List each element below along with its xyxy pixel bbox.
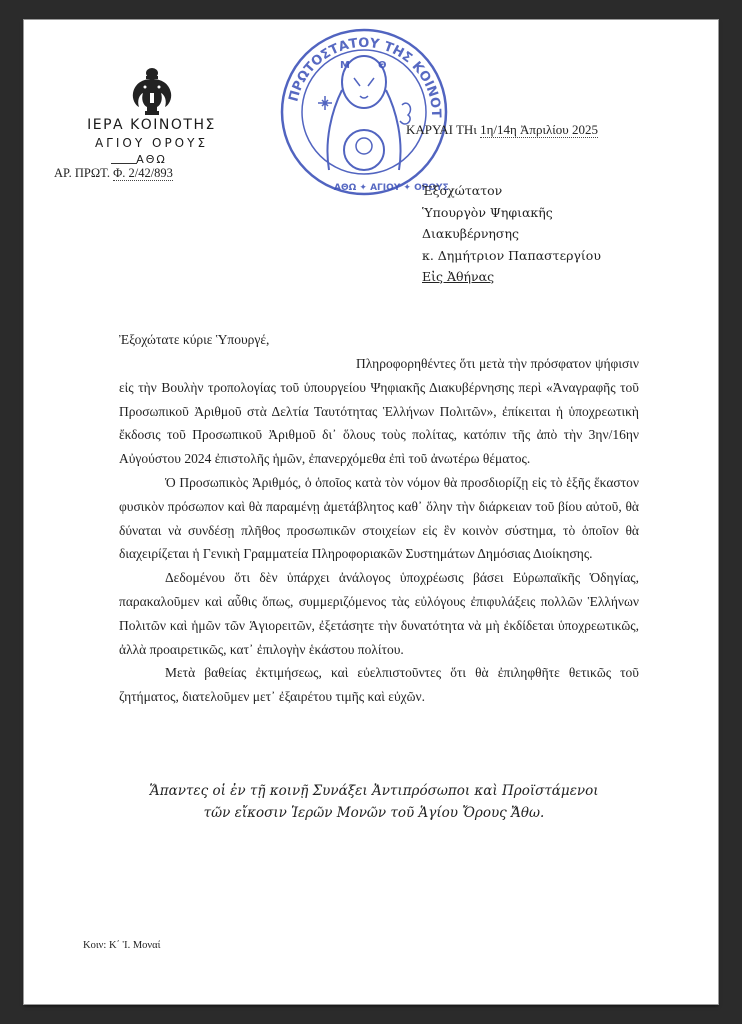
- copy-recipients: Κοιν: Κ΄ Ἱ. Μοναί: [83, 940, 161, 951]
- body-paragraph: Μετὰ βαθείας ἐκτιμήσεως, καὶ εὐελπιστοῦν…: [119, 661, 639, 709]
- svg-text:Μ: Μ: [340, 60, 350, 71]
- recipient-line: Διακυβέρνησης: [422, 223, 601, 245]
- letterhead-line-3: ΑΘΩ: [64, 153, 239, 166]
- body-paragraph: Ὁ Προσωπικὸς Ἀριθμός, ὁ ὁποῖος κατὰ τὸν …: [119, 471, 639, 566]
- svg-text:Θ: Θ: [378, 60, 387, 71]
- letter-body: Πληροφορηθέντες ὅτι μετὰ τὴν πρόσφατον ψ…: [119, 352, 639, 709]
- protocol-label: ΑΡ. ΠΡΩΤ.: [54, 166, 110, 180]
- date-value: 1η/14η Ἀπριλίου 2025: [480, 122, 598, 138]
- recipient-line: Ἐξοχώτατον: [422, 180, 601, 202]
- signature-line: Ἅπαντες οἱ ἐν τῇ κοινῇ Συνάξει Ἀντιπρόσω…: [84, 780, 664, 802]
- double-headed-eagle-icon: [129, 67, 175, 117]
- recipient-line: κ. Δημήτριον Παπαστεργίου: [422, 245, 601, 267]
- letter-page: ΙΕΡΑ ΚΟΙΝΟΤΗΣ ΑΓΙΟΥ ΟΡΟΥΣ ΑΘΩ ΑΡ. ΠΡΩΤ. …: [24, 20, 718, 1004]
- date-label: ΚΑΡΥΑΙ ΤΗι: [406, 122, 477, 137]
- body-paragraph: Πληροφορηθέντες ὅτι μετὰ τὴν πρόσφατον ψ…: [119, 352, 639, 471]
- letterhead-line-2: ΑΓΙΟΥ ΟΡΟΥΣ: [64, 136, 239, 150]
- protocol-value: Φ. 2/42/893: [113, 166, 173, 181]
- protocol-number: ΑΡ. ΠΡΩΤ. Φ. 2/42/893: [54, 166, 173, 181]
- svg-text:ΠΡΩΤΟΣΤΑΤΟΥ ΤΗΣ ΚΟΙΝΟΤΗΤΟΣ ΤΟΥ: ΠΡΩΤΟΣΤΑΤΟΥ ΤΗΣ ΚΟΙΝΟΤΗΤΟΣ ΤΟΥ ΑΓ: [274, 20, 443, 118]
- recipient-block: Ἐξοχώτατον Ὑπουργὸν Ψηφιακῆς Διακυβέρνησ…: [422, 180, 601, 288]
- letterhead-line-1: ΙΕΡΑ ΚΟΙΝΟΤΗΣ: [64, 117, 239, 133]
- signature-line: τῶν εἴκοσιν Ἱερῶν Μονῶν τοῦ Ἁγίου Ὄρους …: [84, 802, 664, 824]
- virgin-mary-seal-icon: ΠΡΩΤΟΣΤΑΤΟΥ ΤΗΣ ΚΟΙΝΟΤΗΤΟΣ ΤΟΥ ΑΓ Μ Θ ΑΘ…: [274, 20, 454, 200]
- recipient-destination: Εἰς Ἀθήνας: [422, 266, 601, 288]
- body-paragraph: Δεδομένου ὅτι δὲν ὑπάρχει ἀνάλογος ὑποχρ…: [119, 566, 639, 661]
- signature-block: Ἅπαντες οἱ ἐν τῇ κοινῇ Συνάξει Ἀντιπρόσω…: [84, 780, 664, 824]
- salutation: Ἐξοχώτατε κύριε Ὑπουργέ,: [119, 332, 269, 348]
- recipient-line: Ὑπουργὸν Ψηφιακῆς: [422, 202, 601, 224]
- letter-date: ΚΑΡΥΑΙ ΤΗι 1η/14η Ἀπριλίου 2025: [406, 122, 598, 138]
